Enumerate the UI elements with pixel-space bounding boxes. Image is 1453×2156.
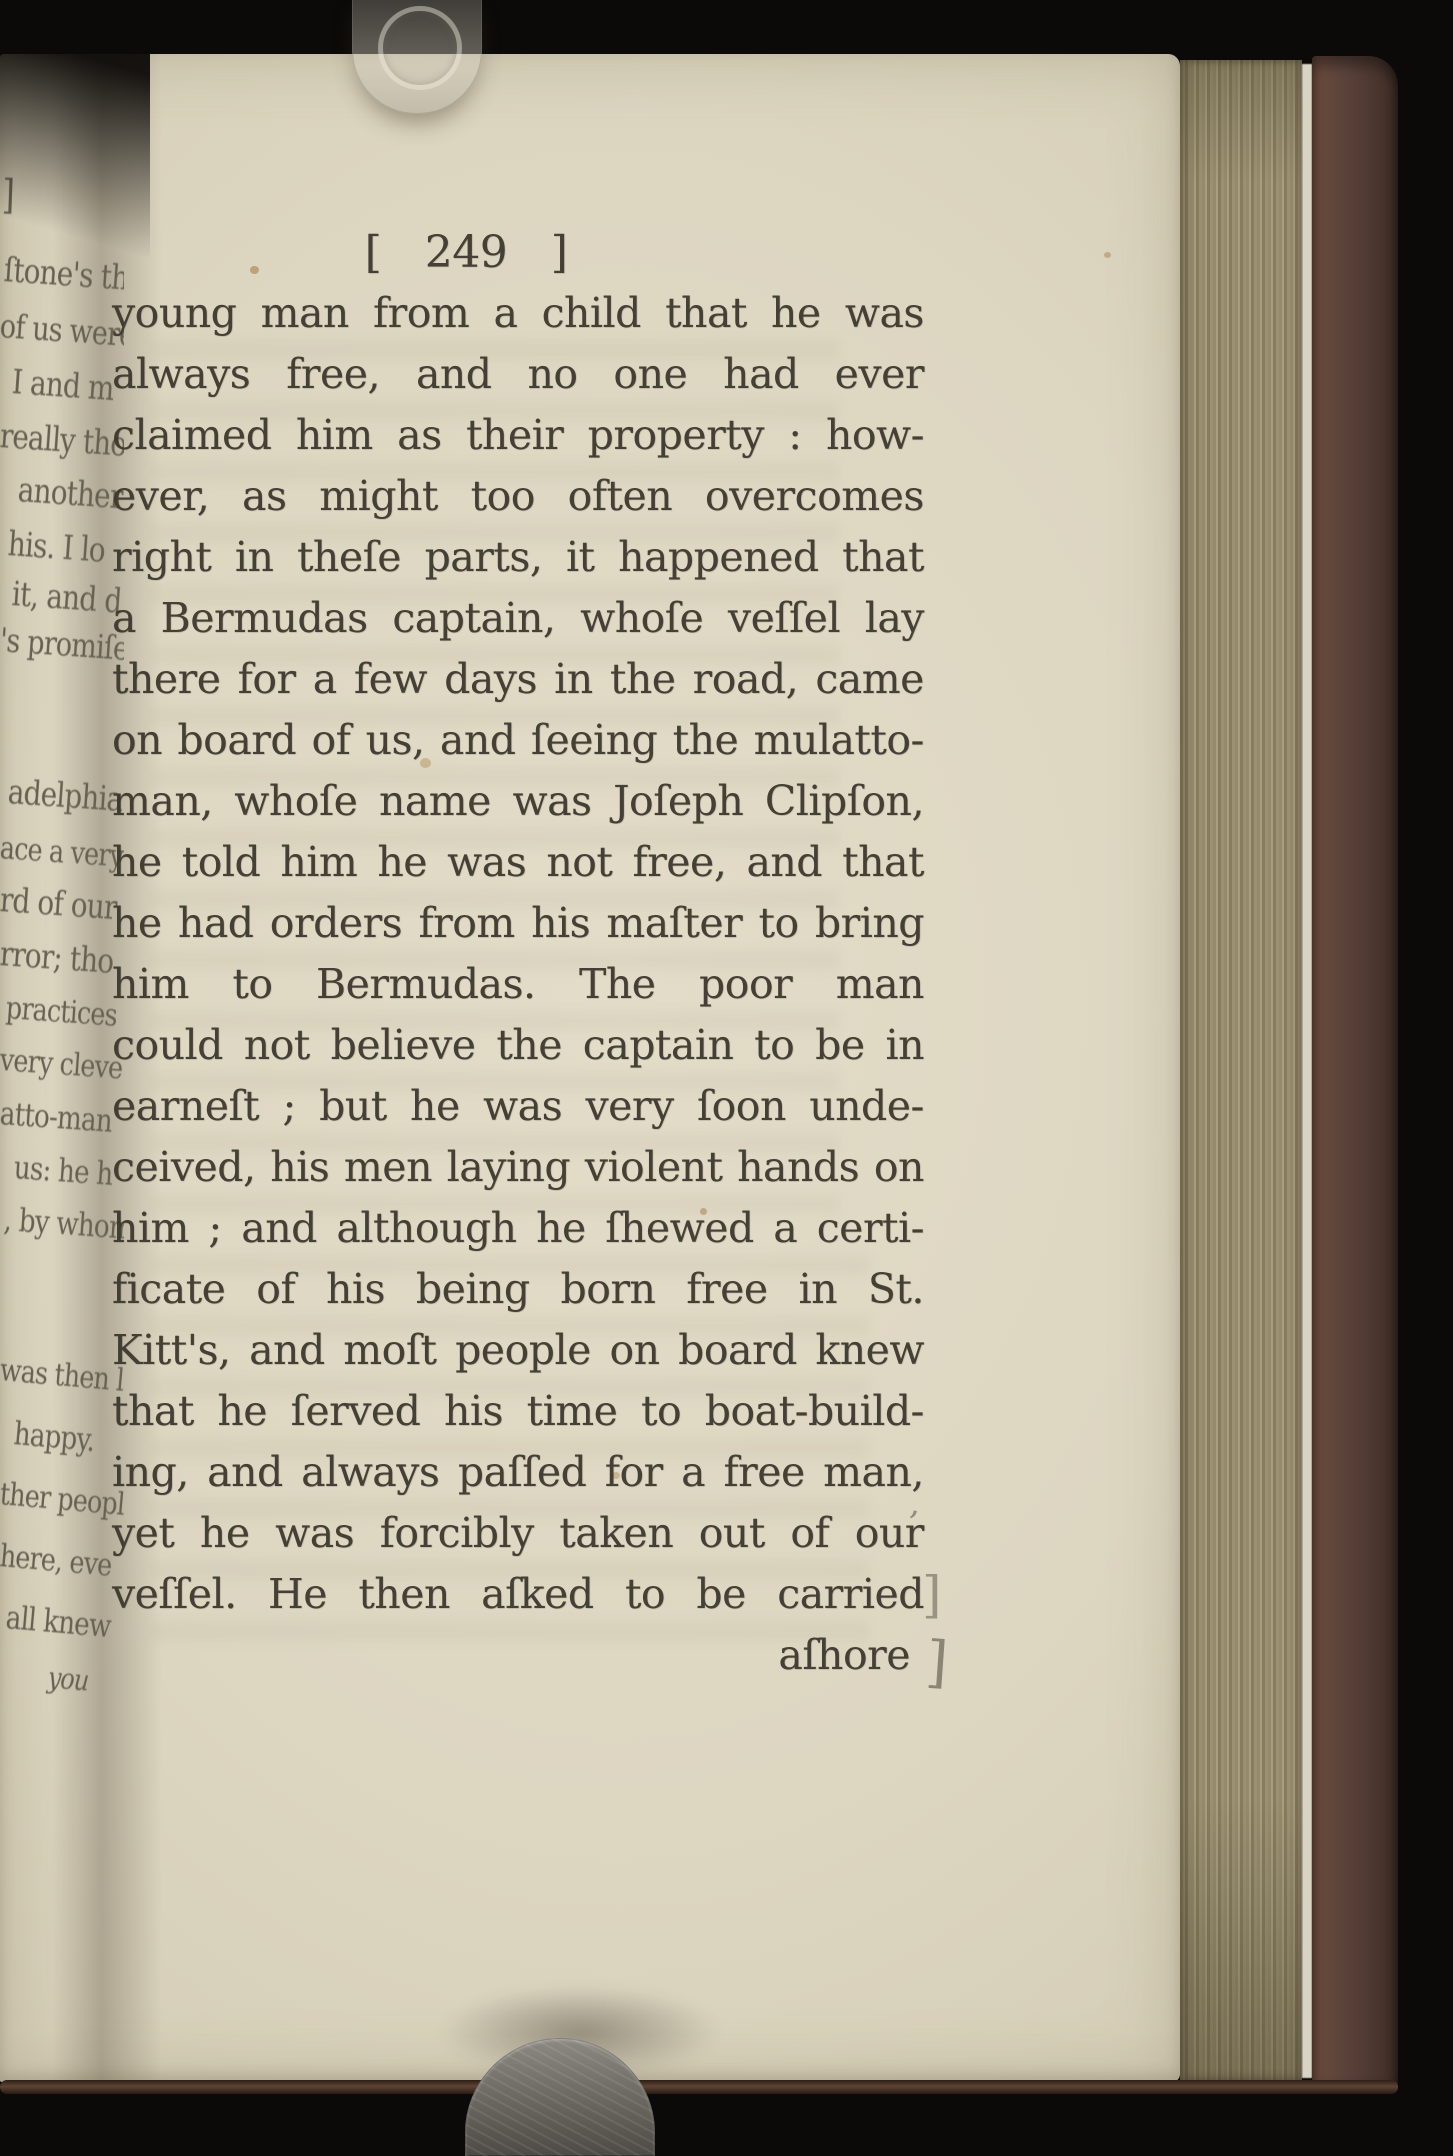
text-line-16: him;andalthoughheſhewedacerti- (112, 1198, 924, 1259)
text-line-19: thatheſervedhistimetoboat-build- (112, 1381, 924, 1442)
page-number-header: [ 249 ] (60, 222, 872, 283)
text-line-14: earneſt;buthewasveryſoonunde- (112, 1076, 924, 1137)
text-line-8: onboardofus,andſeeingthemulatto- (112, 710, 924, 771)
foxing-spot (1104, 252, 1111, 258)
text-line-21: yethewasforciblytakenoutofour (112, 1503, 924, 1564)
text-line-18: Kitt's,andmoſtpeopleonboardknew (112, 1320, 924, 1381)
ink-mark: ] (922, 1566, 942, 1624)
clip-ring (378, 6, 462, 90)
page-block-fore-edge (1180, 60, 1302, 2080)
text-line-2: alwaysfree,andnoonehadever (112, 344, 924, 405)
text-line-7: thereforafewdaysintheroad,came (112, 649, 924, 710)
text-line-15: ceived,hismenlayingviolenthandson (112, 1137, 924, 1198)
text-line-1: youngmanfromachildthathewas (112, 283, 924, 344)
text-line-6: aBermudascaptain,whoſeveſſellay (112, 588, 924, 649)
page-text-lines: youngmanfromachildthathewasalwaysfree,an… (112, 283, 924, 1625)
text-line-10: hetoldhimhewasnotfree,andthat (112, 832, 924, 893)
text-line-17: ficateofhisbeingbornfreeinSt. (112, 1259, 924, 1320)
text-line-20: ing,andalwayspaſſedforafreeman, (112, 1442, 924, 1503)
book-cover-bottom-edge (0, 2080, 1398, 2094)
text-line-12: himtoBermudas.Thepoorman (112, 954, 924, 1015)
text-line-3: claimedhimastheirproperty:how- (112, 405, 924, 466)
page-text: [ 249 ] youngmanfromachildthathewasalway… (112, 222, 924, 1686)
text-line-9: man,whoſenamewasJoſephClipſon, (112, 771, 924, 832)
text-line-11: hehadordersfromhismaſtertobring (112, 893, 924, 954)
text-line-5: rightintheſeparts,ithappenedthat (112, 527, 924, 588)
text-line-4: ever,asmighttoooftenovercomes (112, 466, 924, 527)
text-line-22: veſſel.Hethenaſkedtobecarried (112, 1564, 924, 1625)
book-photograph: ]ſtone's thof us wereI and mreally thoan… (0, 0, 1453, 2156)
book-cover-right (1312, 56, 1398, 2094)
ink-mark: ] (924, 1629, 950, 1695)
fore-edge-highlight (1302, 64, 1312, 2078)
text-line-13: couldnotbelievethecaptaintobein (112, 1015, 924, 1076)
catchword: aſhore (112, 1625, 924, 1686)
